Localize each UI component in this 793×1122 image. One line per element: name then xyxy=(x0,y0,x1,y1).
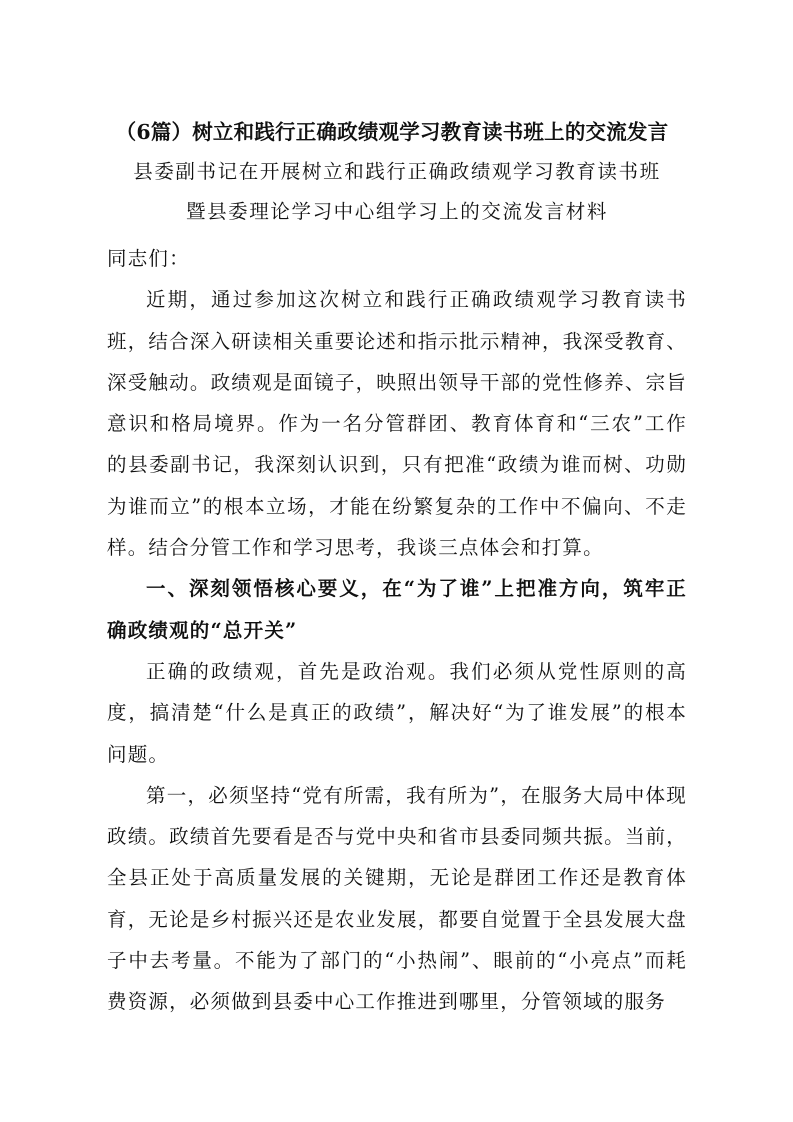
document-subtitle-line1: 县委副书记在开展树立和践行正确政绩观学习教育读书班 xyxy=(107,152,687,192)
salutation: 同志们： xyxy=(107,238,687,279)
paragraph-section1-intro: 正确的政绩观，首先是政治观。我们必须从党性原则的高度，搞清楚“什么是真正的政绩”… xyxy=(107,651,687,775)
document-subtitle-line2: 暨县委理论学习中心组学习上的交流发言材料 xyxy=(107,192,687,232)
paragraph-intro: 近期，通过参加这次树立和践行正确政绩观学习教育读书班，结合深入研读相关重要论述和… xyxy=(107,279,687,568)
paragraph-point-1: 第一，必须坚持“党有所需，我有所为”，在服务大局中体现政绩。政绩首先要看是否与党… xyxy=(107,775,687,1023)
section-heading-1: 一、深刻领悟核心要义，在“为了谁”上把准方向，筑牢正确政绩观的“总开关” xyxy=(107,568,687,651)
document-title: （6篇）树立和践行正确政绩观学习教育读书班上的交流发言 xyxy=(97,112,687,152)
document-page: （6篇）树立和践行正确政绩观学习教育读书班上的交流发言 县委副书记在开展树立和践… xyxy=(107,112,687,1023)
